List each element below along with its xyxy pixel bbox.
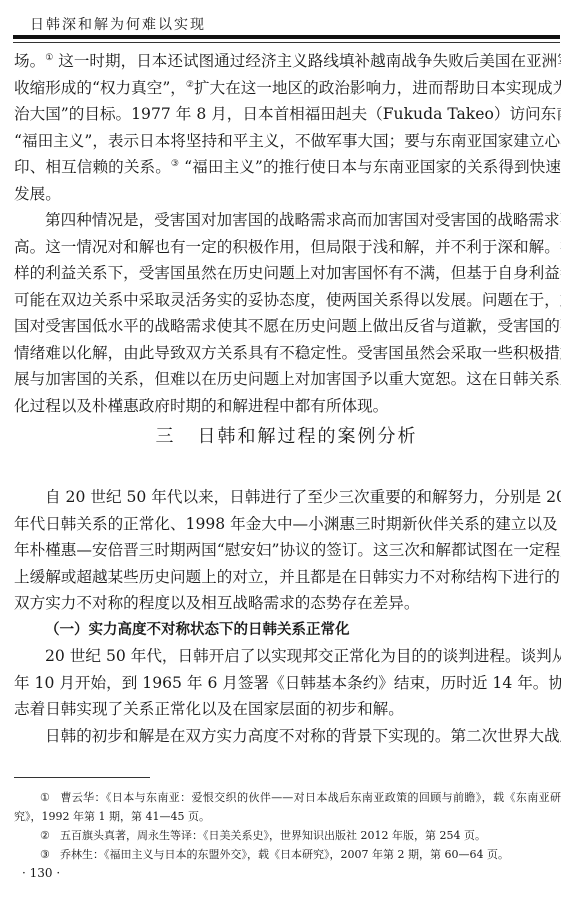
text-line: 日韩的初步和解是在双方实力高度不对称的背景下实现的。第二次世界大战之 (14, 723, 561, 750)
text-line: 可能在双边关系中采取灵活务实的妥协态度，使两国关系得以发展。问题在于，加害 (14, 287, 561, 314)
footnote-ref-3[interactable]: ③ (171, 159, 179, 169)
footnote-2: ②五百旗头真著，周永生等译：《日美关系史》，世界知识出版社 2012 年版，第 … (14, 826, 561, 845)
text-line: 发展。 (14, 181, 561, 208)
subsection-heading: （一）实力高度不对称状态下的日韩关系正常化 (14, 617, 561, 644)
text-line: 年 10 月开始，到 1965 年 6 月签署《日韩基本条约》结束，历时近 14… (14, 670, 561, 697)
text-line: 第四种情况是，受害国对加害国的战略需求高而加害国对受害国的战略需求不 (14, 207, 561, 234)
footnote-1: ①曹云华：《日本与东南亚：爱恨交织的伙伴——对日本战后东南亚政策的回顾与前瞻》，… (14, 788, 561, 807)
text-line: 自 20 世纪 50 年代以来，日韩进行了至少三次重要的和解努力，分别是 20 … (14, 484, 561, 511)
text-line: 印、相互信赖的关系。③ “福田主义”的推行使日本与东南亚国家的关系得到快速 (14, 154, 561, 181)
header-rule-thick (13, 35, 560, 39)
footnote-separator (14, 777, 150, 778)
paragraph-fukuda-doctrine: 场。① 这一时期，日本还试图通过经济主义路线填补越南战争失败后美国在亚洲军事 收… (14, 48, 561, 207)
text-line: 治大国”的目标。1977 年 8 月，日本首相福田赳夫（Fukuda Takeo… (14, 101, 561, 128)
text-line: 高。这一情况对和解也有一定的积极作用，但局限于浅和解，并不利于深和解。在这 (14, 234, 561, 261)
footnote-mark: ② (40, 826, 60, 845)
text-line: “福田主义”，表示日本将坚持和平主义，不做军事大国；要与东南亚国家建立心心相 (14, 128, 561, 155)
footnote-1-continued: 究》，1992 年第 1 期，第 41—45 页。 (14, 807, 561, 826)
text-line: 20 世纪 50 年代，日韩开启了以实现邦交正常化为目的的谈判进程。谈判从 19… (14, 643, 561, 670)
paragraph-three-reconciliations: 自 20 世纪 50 年代以来，日韩进行了至少三次重要的和解努力，分别是 20 … (14, 484, 561, 749)
page-number: · 130 · (22, 866, 60, 880)
footnote-ref-2[interactable]: ② (186, 80, 194, 90)
text-line: 样的利益关系下，受害国虽然在历史问题上对加害国怀有不满，但基于自身利益考虑， (14, 260, 561, 287)
text-line: 志着日韩实现了关系正常化以及在国家层面的初步和解。 (14, 696, 561, 723)
section-title: 日韩和解过程的案例分析 (198, 426, 418, 447)
header-rule-thin (13, 42, 560, 43)
text-line: 年代日韩关系的正常化、1998 年金大中—小渊惠三时期新伙伴关系的建立以及 20… (14, 511, 561, 538)
text-line: 化过程以及朴槿惠政府时期的和解进程中都有所体现。 (14, 393, 561, 420)
text-line: 国对受害国低水平的战略需求使其不愿在历史问题上做出反省与道歉，受害国的不满 (14, 313, 561, 340)
footnotes: ①曹云华：《日本与东南亚：爱恨交织的伙伴——对日本战后东南亚政策的回顾与前瞻》，… (14, 788, 561, 864)
section-heading: 三日韩和解过程的案例分析 (0, 422, 573, 448)
text-line: 展与加害国的关系，但难以在历史问题上对加害国予以重大宽恕。这在日韩关系正常 (14, 366, 561, 393)
text-line: 情绪难以化解，由此导致双方关系具有不稳定性。受害国虽然会采取一些积极措施发 (14, 340, 561, 367)
document-page: 日韩深和解为何难以实现 场。① 这一时期，日本还试图通过经济主义路线填补越南战争… (0, 0, 573, 897)
text-line: 上缓解或超越某些历史问题上的对立，并且都是在日韩实力不对称结构下进行的，但 (14, 564, 561, 591)
paragraph-fourth-scenario: 第四种情况是，受害国对加害国的战略需求高而加害国对受害国的战略需求不 高。这一情… (14, 207, 561, 419)
footnote-3: ③乔林生：《福田主义与日本的东盟外交》，载《日本研究》，2007 年第 2 期，… (14, 845, 561, 864)
section-number: 三 (156, 426, 176, 447)
footnote-mark: ① (40, 788, 60, 807)
text-line: 场。① 这一时期，日本还试图通过经济主义路线填补越南战争失败后美国在亚洲军事 (14, 48, 561, 75)
text-line: 双方实力不对称的程度以及相互战略需求的态势存在差异。 (14, 590, 561, 617)
text-line: 收缩形成的“权力真空”，②扩大在这一地区的政治影响力，进而帮助日本实现成为“政 (14, 75, 561, 102)
text-line: 年朴槿惠—安倍晋三时期两国“慰安妇”协议的签订。这三次和解都试图在一定程度 (14, 537, 561, 564)
footnote-mark: ③ (40, 845, 60, 864)
running-head: 日韩深和解为何难以实现 (30, 14, 206, 34)
